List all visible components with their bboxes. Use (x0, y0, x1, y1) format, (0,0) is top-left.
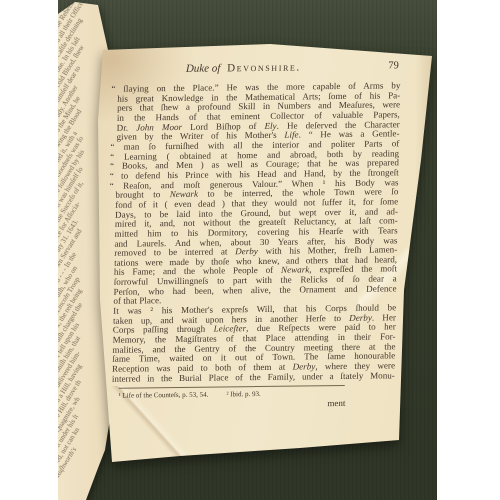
main-page: Duke of Devonshire. 79 “ ſlaying on the … (58, 0, 437, 500)
footnote-rule (119, 385, 345, 389)
footnote-2: ² Ibid. p. 93. (226, 390, 261, 398)
photo-background-carpet: Myhe Rebels, whichh all their Officers,C… (58, 0, 437, 500)
main-page-stack: Duke of Devonshire. 79 “ ſlaying on the … (58, 0, 437, 500)
page-title-italic: Duke of (186, 62, 221, 74)
footnote-1: ¹ Life of the Counteſs, p. 53, 54. (119, 391, 209, 400)
page-header: Duke of Devonshire. 79 (118, 60, 401, 77)
screenshot-canvas: { "colors": { "carpet_green": "#3a412f",… (0, 0, 500, 500)
body-text: “ ſlaying on the Place.” He was the more… (112, 81, 401, 384)
catchword: ment (111, 397, 394, 410)
page-number: 79 (388, 60, 399, 71)
page-content: Duke of Devonshire. 79 “ ſlaying on the … (58, 0, 437, 500)
page-title: Duke of Devonshire. (102, 60, 385, 75)
page-title-caps: Devonshire. (227, 61, 301, 74)
text-line: interred in the Burial Place of the Fami… (112, 371, 395, 384)
